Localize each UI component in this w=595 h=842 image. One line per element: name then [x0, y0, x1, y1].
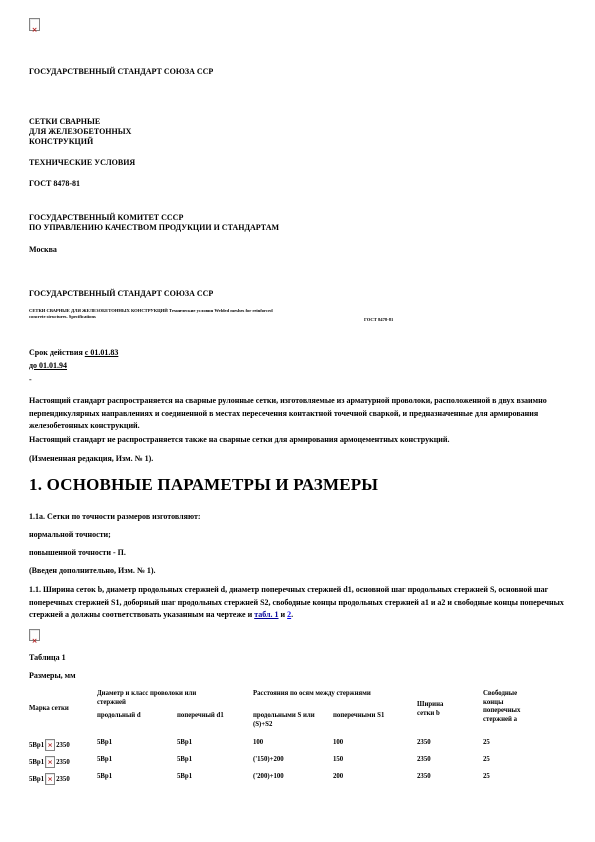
gost-number-line: 8478-81	[378, 317, 393, 322]
col-header-longitudinal-d: продольный d	[97, 712, 177, 734]
title-line: ДЛЯ ЖЕЛЕЗОБЕТОННЫХ	[29, 127, 131, 137]
validity-to-link[interactable]: до 01.01.94	[29, 361, 67, 370]
validity-block: Срок действия с 01.01.83 до 01.01.94	[29, 347, 329, 372]
col-header-mesh-width: Ширина сетки b	[417, 690, 483, 734]
mark-suffix: 2350	[56, 776, 70, 783]
col-header-diameter-group: Диаметр и класс проволоки или стержней	[97, 690, 253, 712]
parameters-table: Марка сетки Диаметр и класс проволоки ил…	[29, 690, 566, 785]
free-ends-cell: 25	[483, 768, 566, 785]
mark-cell: 5Вр1×2350	[29, 734, 97, 751]
table-row: 5Вр1×2350 5Вр1 5Вр1 ('200)+100 200 2350 …	[29, 768, 566, 785]
broken-image-icon: ×	[29, 629, 40, 641]
title-line: СЕТКИ СВАРНЫЕ	[29, 117, 131, 127]
amendment-note: (Измененная редакция, Изм. № 1).	[29, 453, 566, 466]
title-line: КОНСТРУКЦИЙ	[29, 137, 131, 147]
col-header-spacing-trans: поперечными S1	[333, 712, 417, 734]
committee-block: ГОСУДАРСТВЕННЫЙ КОМИТЕТ СССР ПО УПРАВЛЕН…	[29, 213, 279, 233]
col-header-diameter-group-text: Диаметр и класс проволоки или стержней	[97, 690, 217, 707]
col-header-mark: Марка сетки	[29, 690, 97, 734]
s-trans-cell: 200	[333, 768, 417, 785]
red-x-glyph: ×	[47, 757, 52, 767]
validity-from-link[interactable]: с 01.01.83	[85, 348, 119, 357]
document-title: СЕТКИ СВАРНЫЕ ДЛЯ ЖЕЛЕЗОБЕТОННЫХ КОНСТРУ…	[29, 117, 131, 147]
broken-image-icon: ×	[45, 773, 55, 785]
mark-prefix: 5Вр1	[29, 776, 44, 783]
col-header-free-ends: Свободные концы поперечных стержней а	[483, 690, 566, 734]
broken-image-icon: ×	[45, 739, 55, 751]
d-long-cell: 5Вр1	[97, 751, 177, 768]
clause-1-1-text: 1.1. Ширина сеток b, диаметр продольных …	[29, 585, 564, 619]
subtitle: ТЕХНИЧЕСКИЕ УСЛОВИЯ	[29, 158, 135, 168]
mark-suffix: 2350	[56, 759, 70, 766]
table-caption: Таблица 1	[29, 652, 566, 665]
d-trans-cell: 5Вр1	[177, 734, 253, 751]
d-long-cell: 5Вр1	[97, 734, 177, 751]
s-trans-cell: 150	[333, 751, 417, 768]
free-ends-cell: 25	[483, 734, 566, 751]
validity-prefix: Срок действия	[29, 348, 85, 357]
clause-1-1-period: .	[291, 610, 293, 619]
standard-header-repeat: ГОСУДАРСТВЕННЫЙ СТАНДАРТ СОЮЗА ССР	[29, 289, 213, 299]
col-header-mesh-width-text: Ширина сетки b	[417, 701, 461, 718]
red-x-glyph: ×	[47, 774, 52, 784]
broken-image-icon: ×	[45, 756, 55, 768]
red-x-glyph: ×	[32, 636, 38, 647]
table-row: 5Вр1×2350 5Вр1 5Вр1 ('150)+200 150 2350 …	[29, 751, 566, 768]
broken-image-icon: ×	[29, 18, 40, 31]
designation-block: СЕТКИ СВАРНЫЕ ДЛЯ ЖЕЛЕЗОБЕТОННЫХ КОНСТРУ…	[29, 308, 279, 319]
designation-line: Технические условия	[169, 308, 213, 313]
committee-line: ГОСУДАРСТВЕННЫЙ КОМИТЕТ СССР	[29, 213, 279, 223]
accuracy-normal-line: нормальной точности;	[29, 529, 566, 542]
dash-marker: -	[29, 374, 566, 387]
s-trans-cell: 100	[333, 734, 417, 751]
red-x-glyph: ×	[47, 740, 52, 750]
designation-line: СЕТКИ СВАРНЫЕ ДЛЯ ЖЕЛЕЗОБЕТОННЫХ	[29, 308, 130, 313]
committee-line: ПО УПРАВЛЕНИЮ КАЧЕСТВОМ ПРОДУКЦИИ И СТАН…	[29, 223, 279, 233]
col-header-free-ends-text: Свободные концы поперечных стержней а	[483, 690, 521, 724]
mark-suffix: 2350	[56, 742, 70, 749]
clause-1-1: 1.1. Ширина сеток b, диаметр продольных …	[29, 584, 566, 622]
units-note: Размеры, мм	[29, 670, 566, 683]
exclusion-paragraph: Настоящий стандарт не распространяется т…	[29, 434, 566, 447]
document-page: × ГОСУДАРСТВЕННЫЙ СТАНДАРТ СОЮЗА ССР СЕТ…	[0, 0, 595, 842]
free-ends-cell: 25	[483, 751, 566, 768]
clause-1-1-conj: и	[279, 610, 288, 619]
scope-paragraph: Настоящий стандарт распространяется на с…	[29, 395, 566, 433]
doc-number: ГОСТ 8478-81	[29, 179, 80, 189]
s-long-cell: ('200)+100	[253, 768, 333, 785]
d-long-cell: 5Вр1	[97, 768, 177, 785]
width-cell: 2350	[417, 734, 483, 751]
d-trans-cell: 5Вр1	[177, 751, 253, 768]
mark-cell: 5Вр1×2350	[29, 768, 97, 785]
mark-prefix: 5Вр1	[29, 742, 44, 749]
mark-cell: 5Вр1×2350	[29, 751, 97, 768]
col-header-spacing-long: продольными S или (S)+S2	[253, 712, 333, 734]
gost-number-line: ГОСТ	[364, 317, 377, 322]
width-cell: 2350	[417, 751, 483, 768]
s-long-cell: 100	[253, 734, 333, 751]
col-header-transverse-d1: поперечный d1	[177, 712, 253, 734]
width-cell: 2350	[417, 768, 483, 785]
section-1-heading: 1. ОСНОВНЫЕ ПАРАМЕТРЫ И РАЗМЕРЫ	[29, 475, 378, 494]
accuracy-high-line: повышенной точности - П.	[29, 547, 566, 560]
city-label: Москва	[29, 245, 57, 255]
mark-prefix: 5Вр1	[29, 759, 44, 766]
col-header-spacing-long-text: продольными S или (S)+S2	[253, 712, 315, 729]
col-header-spacing-group: Расстояния по осям между стержнями	[253, 690, 417, 712]
designation-line: КОНСТРУКЦИЙ	[131, 308, 168, 313]
gost-number-side: ГОСТ 8478-81	[364, 317, 393, 323]
standard-header: ГОСУДАРСТВЕННЫЙ СТАНДАРТ СОЮЗА ССР	[29, 67, 213, 77]
amendment-note-2: (Введен дополнительно, Изм. № 1).	[29, 565, 566, 578]
table-row: 5Вр1×2350 5Вр1 5Вр1 100 100 2350 25	[29, 734, 566, 751]
red-x-glyph: ×	[32, 25, 38, 36]
designation-line-en: Specifications	[69, 314, 96, 319]
d-trans-cell: 5Вр1	[177, 768, 253, 785]
s-long-cell: ('150)+200	[253, 751, 333, 768]
table-header-row-1: Марка сетки Диаметр и класс проволоки ил…	[29, 690, 566, 712]
table-1-link[interactable]: табл. 1	[254, 610, 278, 619]
clause-1-1a: 1.1а. Сетки по точности размеров изготов…	[29, 511, 566, 524]
